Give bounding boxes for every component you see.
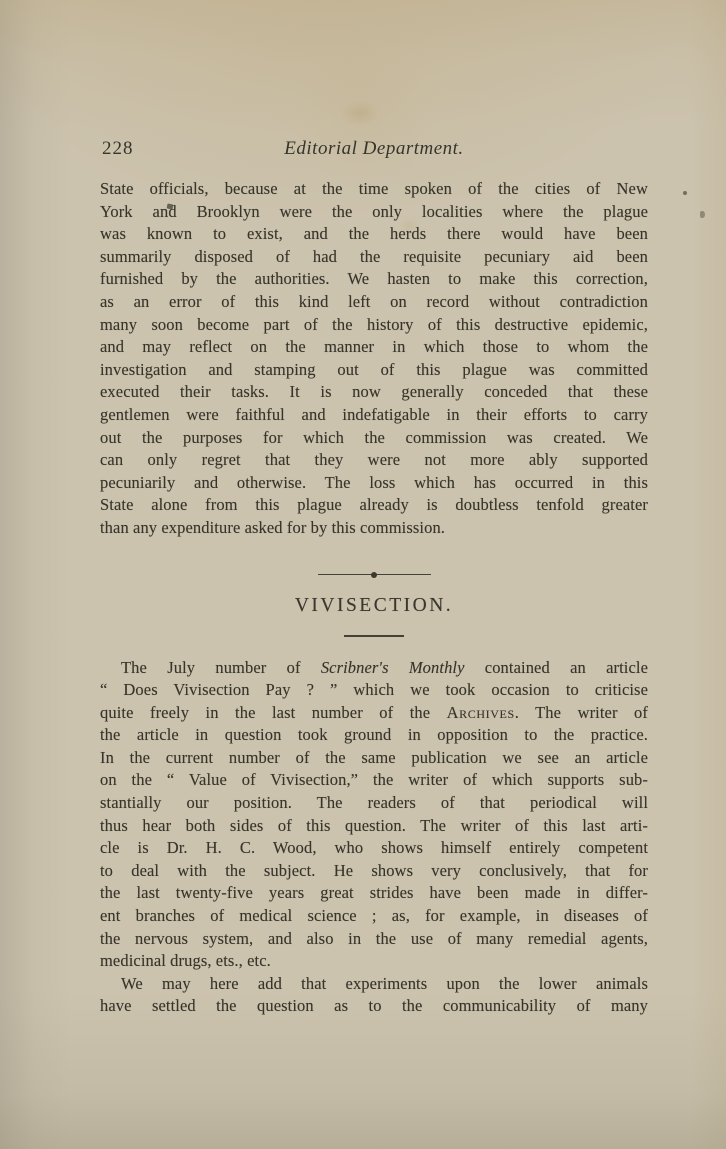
text-line: We may here add that experiments upon th… — [100, 973, 648, 996]
text-line: the nervous system, and also in the use … — [100, 928, 648, 951]
line-segment: than any expenditure asked for by this c… — [100, 518, 445, 537]
line-segment: thus hear both sides of this question. T… — [100, 816, 648, 835]
text-line: to deal with the subject. He shows very … — [100, 860, 648, 883]
page-header: 228 Editorial Department. — [100, 136, 648, 164]
line-segment: ent branches of medical science ; as, fo… — [100, 906, 648, 925]
text-line: stantially our position. The readers of … — [100, 792, 648, 815]
line-segment: summarily disposed of had the requisite … — [100, 247, 648, 266]
line-segment: “ Does Vivisection Pay ? ” which we took… — [100, 680, 648, 699]
line-segment: cle is Dr. H. C. Wood, who shows himself… — [100, 838, 648, 857]
line-segment: was known to exist, and the herds there … — [100, 224, 648, 243]
text-line: pecuniarily and otherwise. The loss whic… — [100, 472, 648, 495]
line-segment: In the current number of the same public… — [100, 748, 648, 767]
text-line: State officials, because at the time spo… — [100, 178, 648, 201]
line-segment: The July number of — [121, 658, 321, 677]
section-heading: VIVISECTION. — [100, 594, 648, 618]
text-line: York and Brooklyn were the only localiti… — [100, 201, 648, 224]
line-segment: York and Brooklyn were the only localiti… — [100, 202, 648, 221]
line-segment: the article in question took ground in o… — [100, 725, 648, 744]
text-line: than any expenditure asked for by this c… — [100, 517, 648, 540]
scanned-book-page: 228 Editorial Department. State official… — [0, 0, 726, 1149]
line-segment: contained an article — [465, 658, 648, 677]
line-segment: can only regret that they were not more … — [100, 450, 648, 469]
text-line: “ Does Vivisection Pay ? ” which we took… — [100, 679, 648, 702]
line-segment: We may here add that experiments upon th… — [121, 974, 648, 993]
ink-speck — [683, 191, 687, 195]
line-segment: the last twenty-five years great strides… — [100, 883, 648, 902]
text-line: State alone from this plague already is … — [100, 494, 648, 517]
text-line: furnished by the authorities. We hasten … — [100, 268, 648, 291]
closing-paragraph: We may here add that experiments upon th… — [100, 973, 648, 1018]
line-segment: State officials, because at the time spo… — [100, 179, 648, 198]
text-line: out the purposes for which the commissio… — [100, 427, 648, 450]
small-caps-text: Archives — [447, 703, 515, 722]
line-segment: . The writer of — [515, 703, 648, 722]
line-segment: gentlemen were faithful and indefatigabl… — [100, 405, 648, 424]
section-divider — [318, 571, 431, 578]
line-segment: State alone from this plague already is … — [100, 495, 648, 514]
text-line: the article in question took ground in o… — [100, 724, 648, 747]
text-line: have settled the question as to the comm… — [100, 995, 648, 1018]
text-line: and may reflect on the manner in which t… — [100, 336, 648, 359]
text-line: summarily disposed of had the requisite … — [100, 246, 648, 269]
text-line: gentlemen were faithful and indefatigabl… — [100, 404, 648, 427]
line-segment: on the “ Value of Vivisection,” the writ… — [100, 770, 648, 789]
line-segment: executed their tasks. It is now generall… — [100, 382, 648, 401]
line-segment: out the purposes for which the commissio… — [100, 428, 648, 447]
running-title: Editorial Department. — [100, 136, 648, 162]
vivisection-paragraph: The July number of Scribner's Monthly co… — [100, 657, 648, 973]
line-segment: medicinal drugs, ets., etc. — [100, 951, 271, 970]
text-line: was known to exist, and the herds there … — [100, 223, 648, 246]
line-segment: furnished by the authorities. We hasten … — [100, 269, 648, 288]
line-segment: the nervous system, and also in the use … — [100, 929, 648, 948]
page-body: State officials, because at the time spo… — [100, 178, 648, 1018]
editorial-paragraph: State officials, because at the time spo… — [100, 178, 648, 540]
text-line: the last twenty-five years great strides… — [100, 882, 648, 905]
line-segment: pecuniarily and otherwise. The loss whic… — [100, 473, 648, 492]
text-column: 228 Editorial Department. State official… — [100, 136, 648, 1018]
line-segment: quite freely in the last number of the — [100, 703, 447, 722]
line-segment: investigation and stamping out of this p… — [100, 360, 648, 379]
text-line: executed their tasks. It is now generall… — [100, 381, 648, 404]
line-segment: to deal with the subject. He shows very … — [100, 861, 648, 880]
text-line: investigation and stamping out of this p… — [100, 359, 648, 382]
text-line: cle is Dr. H. C. Wood, who shows himself… — [100, 837, 648, 860]
text-line: as an error of this kind left on record … — [100, 291, 648, 314]
line-segment: many soon become part of the history of … — [100, 315, 648, 334]
text-line: thus hear both sides of this question. T… — [100, 815, 648, 838]
text-line: In the current number of the same public… — [100, 747, 648, 770]
text-line: medicinal drugs, ets., etc. — [100, 950, 648, 973]
text-line: ent branches of medical science ; as, fo… — [100, 905, 648, 928]
text-line: The July number of Scribner's Monthly co… — [100, 657, 648, 680]
italic-text: Scribner's Monthly — [321, 658, 465, 677]
line-segment: have settled the question as to the comm… — [100, 996, 648, 1015]
text-line: on the “ Value of Vivisection,” the writ… — [100, 769, 648, 792]
heading-rule — [344, 635, 404, 637]
text-line: many soon become part of the history of … — [100, 314, 648, 337]
line-segment: as an error of this kind left on record … — [100, 292, 648, 311]
text-line: quite freely in the last number of the A… — [100, 702, 648, 725]
divider-dot — [371, 572, 377, 578]
line-segment: and may reflect on the manner in which t… — [100, 337, 648, 356]
text-line: can only regret that they were not more … — [100, 449, 648, 472]
paper-stain — [340, 100, 380, 126]
line-segment: stantially our position. The readers of … — [100, 793, 648, 812]
ink-speck — [700, 211, 705, 218]
